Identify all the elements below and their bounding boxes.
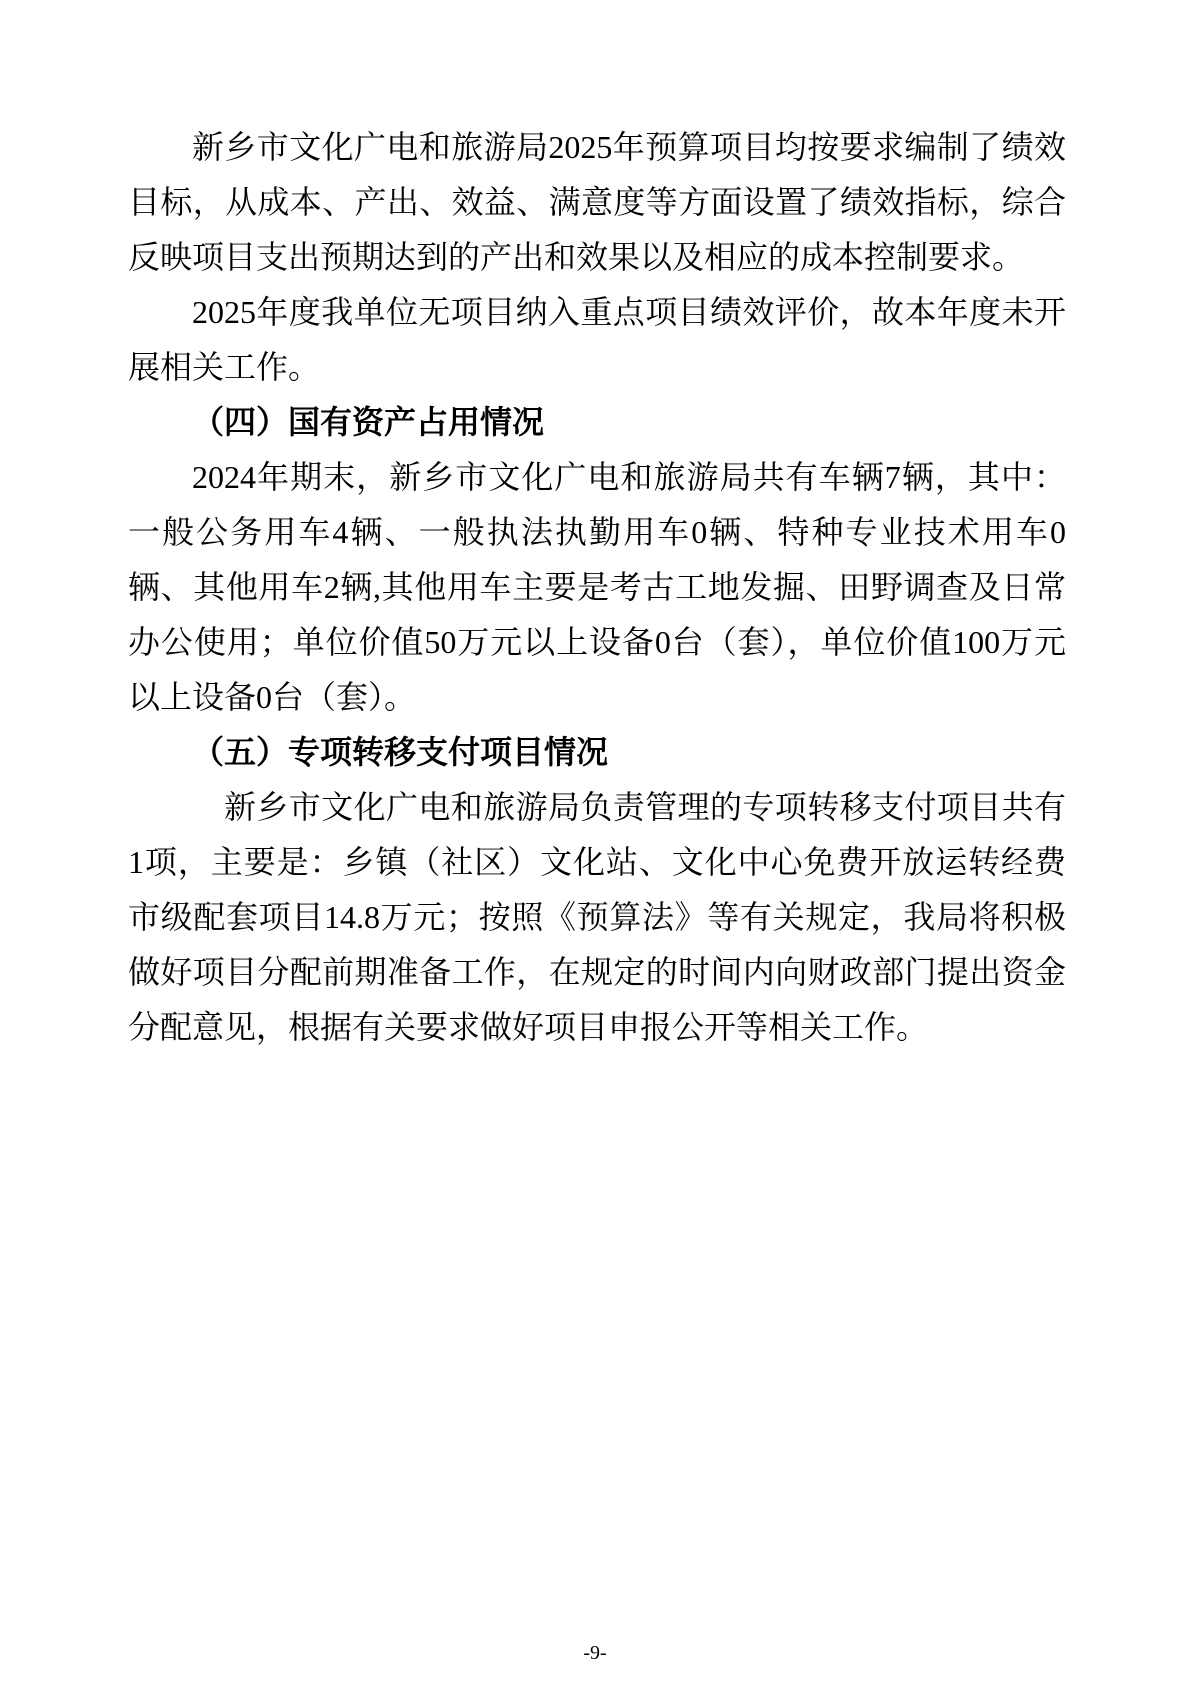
paragraph-no-key-evaluation: 2025年度我单位无项目纳入重点项目绩效评价，故本年度未开展相关工作。 <box>128 285 1066 395</box>
section-heading-state-assets: （四）国有资产占用情况 <box>128 395 1066 450</box>
document-page: 新乡市文化广电和旅游局2025年预算项目均按要求编制了绩效目标，从成本、产出、效… <box>0 0 1190 1684</box>
document-body: 新乡市文化广电和旅游局2025年预算项目均按要求编制了绩效目标，从成本、产出、效… <box>128 120 1066 1055</box>
section-heading-special-transfer: （五）专项转移支付项目情况 <box>128 725 1066 780</box>
paragraph-performance-targets: 新乡市文化广电和旅游局2025年预算项目均按要求编制了绩效目标，从成本、产出、效… <box>128 120 1066 285</box>
page-number: -9- <box>0 1642 1190 1665</box>
paragraph-state-assets: 2024年期末，新乡市文化广电和旅游局共有车辆7辆，其中：一般公务用车4辆、一般… <box>128 450 1066 725</box>
paragraph-special-transfer: 新乡市文化广电和旅游局负责管理的专项转移支付项目共有1项，主要是：乡镇（社区）文… <box>128 780 1066 1055</box>
